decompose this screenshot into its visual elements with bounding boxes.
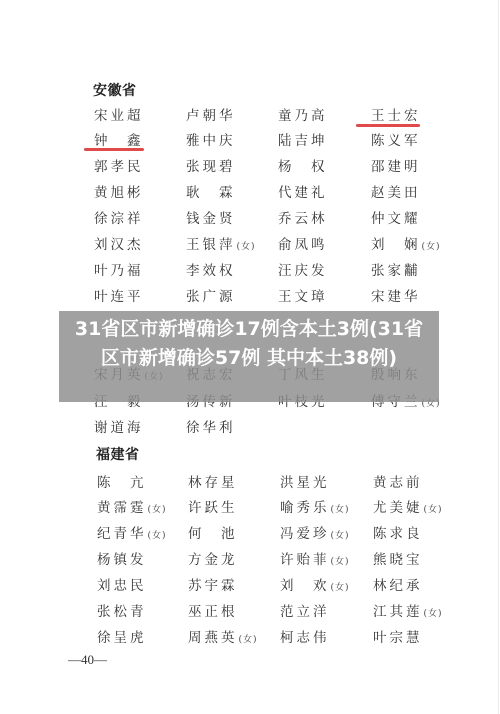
name-text: 杨 权 bbox=[278, 159, 328, 175]
person-name: 宋建华 bbox=[371, 285, 421, 305]
news-headline-overlay[interactable]: 31省区市新增确诊17例含本土3例(31省区市新增确诊57例 其中本土38例) bbox=[59, 311, 439, 402]
female-marker: (女) bbox=[422, 242, 441, 252]
name-row: 宋业超卢朝华童乃高王士宏 bbox=[0, 104, 500, 126]
person-name: 尤美婕(女) bbox=[373, 496, 443, 516]
name-text: 王士宏 bbox=[371, 108, 421, 124]
name-text: 刘 娴 bbox=[371, 237, 421, 253]
name-text: 冯爱珍 bbox=[280, 526, 330, 542]
person-name: 钱金贤 bbox=[186, 207, 236, 227]
name-text: 巫正根 bbox=[188, 604, 238, 620]
person-name: 陈义军 bbox=[371, 129, 421, 149]
name-text: 柯志伟 bbox=[280, 630, 330, 646]
name-text: 钟 鑫 bbox=[94, 133, 144, 149]
name-text: 江其莲 bbox=[373, 604, 423, 620]
name-text: 王文璋 bbox=[278, 289, 328, 305]
person-name: 徐华利 bbox=[186, 416, 236, 436]
person-name: 许贻菲(女) bbox=[280, 548, 350, 568]
name-text: 张家黼 bbox=[371, 263, 421, 279]
province-heading-anhui: 安徽省 bbox=[93, 80, 137, 100]
name-text: 周燕英 bbox=[188, 630, 238, 646]
name-text: 黄旭彬 bbox=[94, 185, 144, 201]
name-text: 宋业超 bbox=[94, 108, 144, 124]
person-name: 叶连平 bbox=[94, 285, 144, 305]
person-name: 赵美田 bbox=[371, 181, 421, 201]
name-text: 宋建华 bbox=[371, 289, 421, 305]
person-name: 柯志伟 bbox=[280, 626, 330, 646]
person-name: 王银萍(女) bbox=[186, 233, 256, 253]
name-text: 耿 霖 bbox=[186, 185, 236, 201]
highlight-underline-wangshihong bbox=[356, 124, 420, 127]
person-name: 何 池 bbox=[188, 522, 238, 542]
person-name: 黄旭彬 bbox=[94, 181, 144, 201]
name-text: 张松青 bbox=[97, 604, 147, 620]
person-name: 徐呈虎 bbox=[97, 626, 147, 646]
name-text: 刘 欢 bbox=[280, 578, 330, 594]
name-row: 叶连平张广源王文璋宋建华 bbox=[0, 285, 500, 307]
name-text: 喻秀乐 bbox=[280, 500, 330, 516]
name-text: 许跃生 bbox=[188, 500, 238, 516]
female-marker: (女) bbox=[331, 583, 350, 593]
female-marker: (女) bbox=[424, 505, 443, 515]
person-name: 俞凤鸣 bbox=[278, 233, 328, 253]
name-text: 叶宗慧 bbox=[373, 630, 423, 646]
name-text: 乔云林 bbox=[278, 211, 328, 227]
person-name: 刘 欢(女) bbox=[280, 574, 350, 594]
name-text: 郭孝民 bbox=[94, 159, 144, 175]
person-name: 谢道海 bbox=[94, 416, 144, 436]
name-text: 卢朝华 bbox=[186, 108, 236, 124]
highlight-underline-zhongxin bbox=[84, 148, 144, 151]
name-text: 谢道海 bbox=[94, 420, 144, 436]
name-text: 苏宇霖 bbox=[188, 578, 238, 594]
name-text: 钱金贤 bbox=[186, 211, 236, 227]
person-name: 张家黼 bbox=[371, 259, 421, 279]
name-text: 黄志前 bbox=[373, 475, 423, 491]
name-text: 徐呈虎 bbox=[97, 630, 147, 646]
person-name: 乔云林 bbox=[278, 207, 328, 227]
name-row: 张松青巫正根范立洋江其莲(女) bbox=[0, 600, 500, 622]
name-text: 张广源 bbox=[186, 289, 236, 305]
female-marker: (女) bbox=[424, 609, 443, 619]
name-text: 陈 亢 bbox=[97, 475, 147, 491]
person-name: 李效权 bbox=[186, 259, 236, 279]
name-row: 黄旭彬耿 霖代建礼赵美田 bbox=[0, 181, 500, 203]
person-name: 江其莲(女) bbox=[373, 600, 443, 620]
person-name: 杨镇发 bbox=[97, 548, 147, 568]
female-marker: (女) bbox=[148, 531, 167, 541]
person-name: 雅中庆 bbox=[186, 129, 236, 149]
person-name: 黄霈霆(女) bbox=[97, 496, 167, 516]
name-row: 叶乃福李效权汪庆发张家黼 bbox=[0, 259, 500, 281]
female-marker: (女) bbox=[331, 505, 350, 515]
person-name: 陈 亢 bbox=[97, 471, 147, 491]
person-name: 许跃生 bbox=[188, 496, 238, 516]
person-name: 宋业超 bbox=[94, 104, 144, 124]
person-name: 汪庆发 bbox=[278, 259, 328, 279]
female-marker: (女) bbox=[148, 505, 167, 515]
person-name: 钟 鑫 bbox=[94, 129, 144, 149]
person-name: 陆吉坤 bbox=[278, 129, 328, 149]
province-heading-fujian: 福建省 bbox=[96, 444, 140, 464]
name-text: 代建礼 bbox=[278, 185, 328, 201]
person-name: 王士宏 bbox=[371, 104, 421, 124]
name-text: 陈求良 bbox=[373, 526, 423, 542]
name-text: 汪庆发 bbox=[278, 263, 328, 279]
name-text: 林纪承 bbox=[373, 578, 423, 594]
person-name: 耿 霖 bbox=[186, 181, 236, 201]
name-text: 邵建明 bbox=[371, 159, 421, 175]
name-row: 谢道海徐华利 bbox=[0, 416, 500, 438]
name-row: 黄霈霆(女)许跃生喻秀乐(女)尤美婕(女) bbox=[0, 496, 500, 518]
female-marker: (女) bbox=[237, 242, 256, 252]
person-name: 王文璋 bbox=[278, 285, 328, 305]
person-name: 张广源 bbox=[186, 285, 236, 305]
name-text: 洪星光 bbox=[280, 475, 330, 491]
person-name: 林存星 bbox=[188, 471, 238, 491]
name-text: 仲文耀 bbox=[371, 211, 421, 227]
person-name: 卢朝华 bbox=[186, 104, 236, 124]
female-marker: (女) bbox=[331, 531, 350, 541]
person-name: 林纪承 bbox=[373, 574, 423, 594]
page-number: —40— bbox=[68, 652, 107, 668]
person-name: 苏宇霖 bbox=[188, 574, 238, 594]
person-name: 刘忠民 bbox=[97, 574, 147, 594]
name-text: 黄霈霆 bbox=[97, 500, 147, 516]
person-name: 陈求良 bbox=[373, 522, 423, 542]
person-name: 范立洋 bbox=[280, 600, 330, 620]
person-name: 郭孝民 bbox=[94, 155, 144, 175]
person-name: 代建礼 bbox=[278, 181, 328, 201]
name-text: 刘忠民 bbox=[97, 578, 147, 594]
person-name: 方金龙 bbox=[188, 548, 238, 568]
person-name: 叶乃福 bbox=[94, 259, 144, 279]
person-name: 刘汉杰 bbox=[94, 233, 144, 253]
female-marker: (女) bbox=[331, 557, 350, 567]
name-text: 杨镇发 bbox=[97, 552, 147, 568]
name-text: 叶连平 bbox=[94, 289, 144, 305]
person-name: 张松青 bbox=[97, 600, 147, 620]
name-row: 刘汉杰王银萍(女)俞凤鸣刘 娴(女) bbox=[0, 233, 500, 255]
person-name: 仲文耀 bbox=[371, 207, 421, 227]
name-row: 徐淙祥钱金贤乔云林仲文耀 bbox=[0, 207, 500, 229]
person-name: 洪星光 bbox=[280, 471, 330, 491]
person-name: 刘 娴(女) bbox=[371, 233, 441, 253]
name-text: 童乃高 bbox=[278, 108, 328, 124]
person-name: 周燕英(女) bbox=[188, 626, 258, 646]
name-text: 熊晓宝 bbox=[373, 552, 423, 568]
person-name: 黄志前 bbox=[373, 471, 423, 491]
person-name: 邵建明 bbox=[371, 155, 421, 175]
name-text: 刘汉杰 bbox=[94, 237, 144, 253]
name-text: 王银萍 bbox=[186, 237, 236, 253]
person-name: 童乃高 bbox=[278, 104, 328, 124]
name-row: 郭孝民张现碧杨 权邵建明 bbox=[0, 155, 500, 177]
person-name: 徐淙祥 bbox=[94, 207, 144, 227]
person-name: 巫正根 bbox=[188, 600, 238, 620]
name-row: 徐呈虎周燕英(女)柯志伟叶宗慧 bbox=[0, 626, 500, 648]
person-name: 熊晓宝 bbox=[373, 548, 423, 568]
female-marker: (女) bbox=[239, 635, 258, 645]
name-text: 徐淙祥 bbox=[94, 211, 144, 227]
name-text: 张现碧 bbox=[186, 159, 236, 175]
name-text: 方金龙 bbox=[188, 552, 238, 568]
name-text: 陈义军 bbox=[371, 133, 421, 149]
name-text: 许贻菲 bbox=[280, 552, 330, 568]
name-row: 杨镇发方金龙许贻菲(女)熊晓宝 bbox=[0, 548, 500, 570]
person-name: 纪青华(女) bbox=[97, 522, 167, 542]
name-text: 雅中庆 bbox=[186, 133, 236, 149]
person-name: 杨 权 bbox=[278, 155, 328, 175]
name-text: 赵美田 bbox=[371, 185, 421, 201]
name-text: 徐华利 bbox=[186, 420, 236, 436]
name-text: 陆吉坤 bbox=[278, 133, 328, 149]
name-row: 钟 鑫雅中庆陆吉坤陈义军 bbox=[0, 129, 500, 151]
name-row: 刘忠民苏宇霖刘 欢(女)林纪承 bbox=[0, 574, 500, 596]
person-name: 张现碧 bbox=[186, 155, 236, 175]
name-text: 何 池 bbox=[188, 526, 238, 542]
person-name: 冯爱珍(女) bbox=[280, 522, 350, 542]
name-text: 林存星 bbox=[188, 475, 238, 491]
name-text: 范立洋 bbox=[280, 604, 330, 620]
name-text: 纪青华 bbox=[97, 526, 147, 542]
name-text: 俞凤鸣 bbox=[278, 237, 328, 253]
name-text: 李效权 bbox=[186, 263, 236, 279]
headline-text[interactable]: 31省区市新增确诊17例含本土3例(31省区市新增确诊57例 其中本土38例) bbox=[59, 315, 439, 373]
person-name: 叶宗慧 bbox=[373, 626, 423, 646]
name-text: 尤美婕 bbox=[373, 500, 423, 516]
name-row: 陈 亢林存星洪星光黄志前 bbox=[0, 471, 500, 493]
name-text: 叶乃福 bbox=[94, 263, 144, 279]
person-name: 喻秀乐(女) bbox=[280, 496, 350, 516]
name-row: 纪青华(女)何 池冯爱珍(女)陈求良 bbox=[0, 522, 500, 544]
